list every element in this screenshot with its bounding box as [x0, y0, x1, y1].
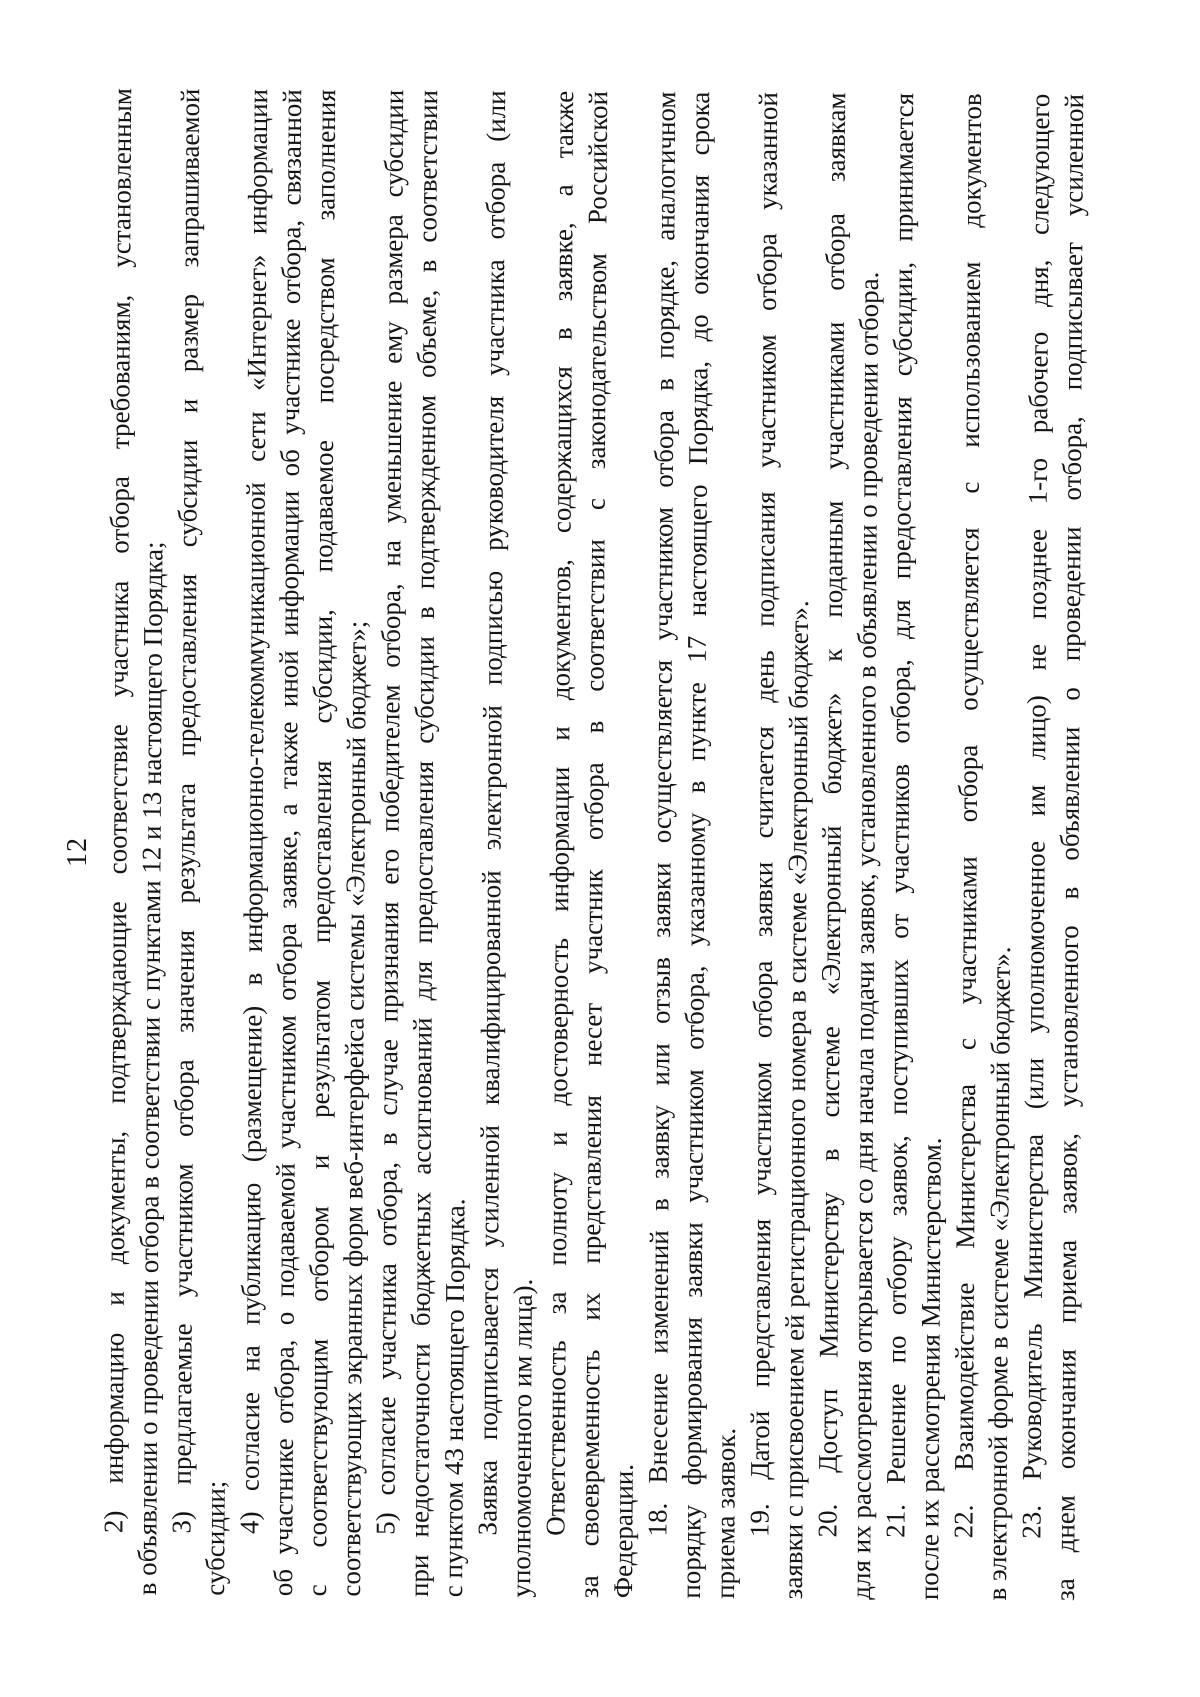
page-number: 12	[62, 7, 94, 1697]
document-text: 2) информацию и документы, подтверждающи…	[96, 88, 1091, 1601]
scanned-document-page: 12 2) информацию и документы, подтвержда…	[0, 0, 1200, 1697]
rotated-page-content: 12 2) информацию и документы, подтвержда…	[0, 0, 1200, 1697]
